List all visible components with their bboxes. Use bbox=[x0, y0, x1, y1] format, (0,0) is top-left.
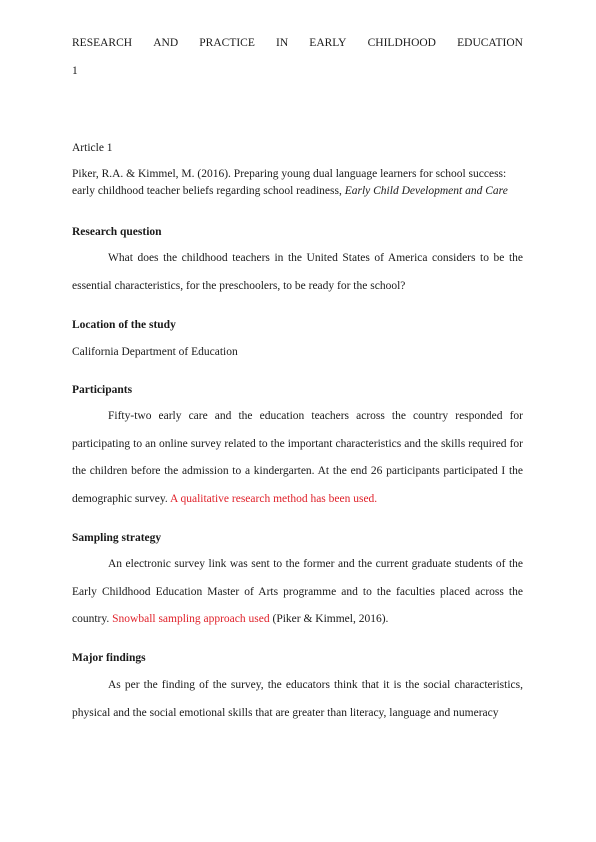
sampling-citation: (Piker & Kimmel, 2016). bbox=[270, 613, 389, 625]
heading-participants: Participants bbox=[72, 383, 132, 397]
heading-sampling: Sampling strategy bbox=[72, 531, 161, 545]
heading-location: Location of the study bbox=[72, 318, 176, 332]
heading-research-question: Research question bbox=[72, 225, 162, 239]
participants-body: Fifty-two early care and the education t… bbox=[72, 410, 523, 505]
sampling-annotation: Snowball sampling approach used bbox=[112, 613, 269, 625]
running-head-word: EARLY bbox=[309, 36, 346, 50]
location-text: California Department of Education bbox=[72, 345, 238, 359]
citation: Piker, R.A. & Kimmel, M. (2016). Prepari… bbox=[72, 166, 523, 199]
running-head-word: IN bbox=[276, 36, 288, 50]
participants-text: Fifty-two early care and the education t… bbox=[72, 403, 523, 513]
findings-text: As per the finding of the survey, the ed… bbox=[72, 672, 523, 727]
research-question-text: What does the childhood teachers in the … bbox=[72, 245, 523, 300]
running-head: RESEARCH AND PRACTICE IN EARLY CHILDHOOD… bbox=[72, 36, 523, 50]
page-number: 1 bbox=[72, 64, 78, 78]
running-head-word: AND bbox=[153, 36, 178, 50]
participants-annotation: A qualitative research method has been u… bbox=[170, 493, 377, 505]
running-head-word: EDUCATION bbox=[457, 36, 523, 50]
running-head-word: PRACTICE bbox=[199, 36, 255, 50]
sampling-text: An electronic survey link was sent to th… bbox=[72, 551, 523, 634]
running-head-word: RESEARCH bbox=[72, 36, 132, 50]
citation-journal: Early Child Development and Care bbox=[345, 185, 508, 197]
heading-findings: Major findings bbox=[72, 651, 146, 665]
running-head-word: CHILDHOOD bbox=[368, 36, 436, 50]
article-label: Article 1 bbox=[72, 141, 113, 155]
